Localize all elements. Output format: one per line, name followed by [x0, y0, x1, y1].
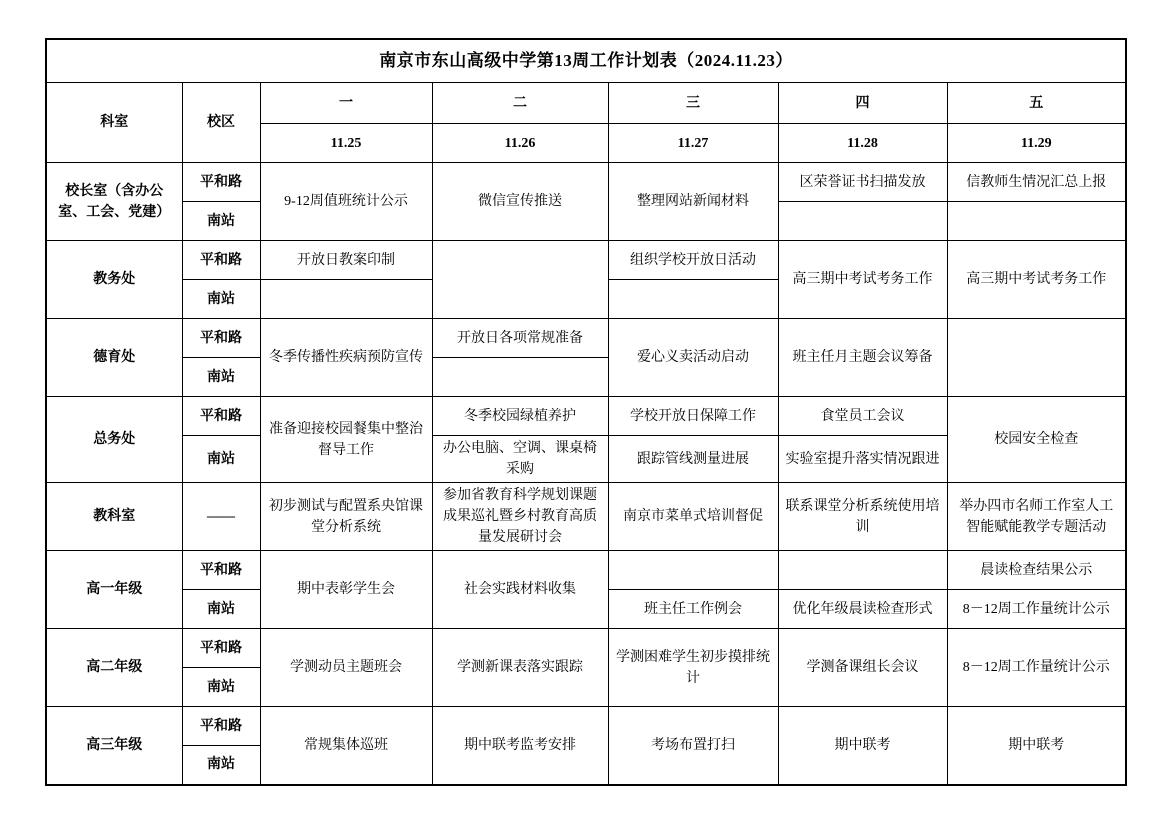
- schedule-cell: 跟踪管线测量进展: [608, 436, 778, 483]
- schedule-cell: 期中联考监考安排: [432, 707, 608, 785]
- campus-label: 平和路: [182, 551, 260, 590]
- schedule-cell: 学测新课表落实跟踪: [432, 629, 608, 707]
- schedule-cell: 实验室提升落实情况跟进: [778, 436, 947, 483]
- schedule-cell: 微信宣传推送: [432, 163, 608, 241]
- schedule-cell: [947, 202, 1126, 241]
- schedule-cell: 期中联考: [778, 707, 947, 785]
- dept-label: 校长室（含办公室、工会、党建）: [46, 163, 182, 241]
- schedule-cell: 冬季校园绿植养护: [432, 397, 608, 436]
- schedule-cell: 组织学校开放日活动: [608, 241, 778, 280]
- campus-label: 平和路: [182, 629, 260, 668]
- header-date-thu: 11.28: [778, 124, 947, 163]
- schedule-cell: 学测备课组长会议: [778, 629, 947, 707]
- schedule-cell: 9-12周值班统计公示: [260, 163, 432, 241]
- dept-label: 教科室: [46, 483, 182, 551]
- schedule-cell: 期中表彰学生会: [260, 551, 432, 629]
- schedule-cell: 准备迎接校园餐集中整治督导工作: [260, 397, 432, 483]
- schedule-cell: [778, 202, 947, 241]
- dept-label: 教务处: [46, 241, 182, 319]
- schedule-cell: 学校开放日保障工作: [608, 397, 778, 436]
- schedule-cell: 参加省教育科学规划课题成果巡礼暨乡村教育高质量发展研讨会: [432, 483, 608, 551]
- schedule-cell: 冬季传播性疾病预防宣传: [260, 319, 432, 397]
- schedule-cell: 8－12周工作量统计公示: [947, 590, 1126, 629]
- schedule-cell: 晨读检查结果公示: [947, 551, 1126, 590]
- header-weekday-tue: 二: [432, 83, 608, 124]
- campus-label: 南站: [182, 746, 260, 785]
- schedule-cell: 开放日教案印制: [260, 241, 432, 280]
- header-date-fri: 11.29: [947, 124, 1126, 163]
- schedule-cell: [432, 358, 608, 397]
- schedule-cell: 高三期中考试考务工作: [778, 241, 947, 319]
- schedule-cell: 初步测试与配置系央馆课堂分析系统: [260, 483, 432, 551]
- schedule-cell: 整理网站新闻材料: [608, 163, 778, 241]
- campus-label: 平和路: [182, 397, 260, 436]
- schedule-cell: [432, 241, 608, 319]
- dept-label: 德育处: [46, 319, 182, 397]
- campus-label: 平和路: [182, 241, 260, 280]
- header-campus: 校区: [182, 83, 260, 163]
- campus-label: 南站: [182, 590, 260, 629]
- schedule-cell: 班主任工作例会: [608, 590, 778, 629]
- campus-label: 南站: [182, 436, 260, 483]
- schedule-cell: 学测动员主题班会: [260, 629, 432, 707]
- campus-label: 平和路: [182, 163, 260, 202]
- document-page: 南京市东山高级中学第13周工作计划表（2024.11.23） 科室 校区 一 二…: [0, 0, 1170, 827]
- dept-label: 高三年级: [46, 707, 182, 785]
- schedule-cell: 学测困难学生初步摸排统计: [608, 629, 778, 707]
- schedule-cell: 信教师生情况汇总上报: [947, 163, 1126, 202]
- table-title: 南京市东山高级中学第13周工作计划表（2024.11.23）: [46, 39, 1126, 83]
- campus-label: 南站: [182, 668, 260, 707]
- schedule-cell: 班主任月主题会议筹备: [778, 319, 947, 397]
- campus-label: ——: [182, 483, 260, 551]
- dept-label: 总务处: [46, 397, 182, 483]
- campus-label: 南站: [182, 202, 260, 241]
- schedule-cell: 8－12周工作量统计公示: [947, 629, 1126, 707]
- schedule-cell: 校园安全检查: [947, 397, 1126, 483]
- campus-label: 南站: [182, 280, 260, 319]
- header-date-wed: 11.27: [608, 124, 778, 163]
- schedule-cell: 食堂员工会议: [778, 397, 947, 436]
- header-dept: 科室: [46, 83, 182, 163]
- schedule-cell: 区荣誉证书扫描发放: [778, 163, 947, 202]
- campus-label: 平和路: [182, 707, 260, 746]
- header-weekday-thu: 四: [778, 83, 947, 124]
- campus-label: 南站: [182, 358, 260, 397]
- schedule-cell: 高三期中考试考务工作: [947, 241, 1126, 319]
- schedule-cell: 常规集体巡班: [260, 707, 432, 785]
- schedule-cell: 开放日各项常规准备: [432, 319, 608, 358]
- weekly-plan-table: 南京市东山高级中学第13周工作计划表（2024.11.23） 科室 校区 一 二…: [45, 38, 1127, 786]
- header-weekday-fri: 五: [947, 83, 1126, 124]
- schedule-cell: 联系课堂分析系统使用培训: [778, 483, 947, 551]
- header-weekday-wed: 三: [608, 83, 778, 124]
- schedule-cell: 南京市菜单式培训督促: [608, 483, 778, 551]
- dept-label: 高一年级: [46, 551, 182, 629]
- schedule-cell: 爱心义卖活动启动: [608, 319, 778, 397]
- schedule-cell: [778, 551, 947, 590]
- schedule-cell: 优化年级晨读检查形式: [778, 590, 947, 629]
- schedule-cell: 期中联考: [947, 707, 1126, 785]
- schedule-cell: [608, 280, 778, 319]
- dept-label: 高二年级: [46, 629, 182, 707]
- schedule-cell: [947, 319, 1126, 397]
- header-date-mon: 11.25: [260, 124, 432, 163]
- header-weekday-mon: 一: [260, 83, 432, 124]
- schedule-cell: 举办四市名师工作室人工智能赋能教学专题活动: [947, 483, 1126, 551]
- header-date-tue: 11.26: [432, 124, 608, 163]
- schedule-cell: 社会实践材料收集: [432, 551, 608, 629]
- schedule-cell: [260, 280, 432, 319]
- schedule-cell: [608, 551, 778, 590]
- schedule-cell: 办公电脑、空调、课桌椅采购: [432, 436, 608, 483]
- campus-label: 平和路: [182, 319, 260, 358]
- schedule-cell: 考场布置打扫: [608, 707, 778, 785]
